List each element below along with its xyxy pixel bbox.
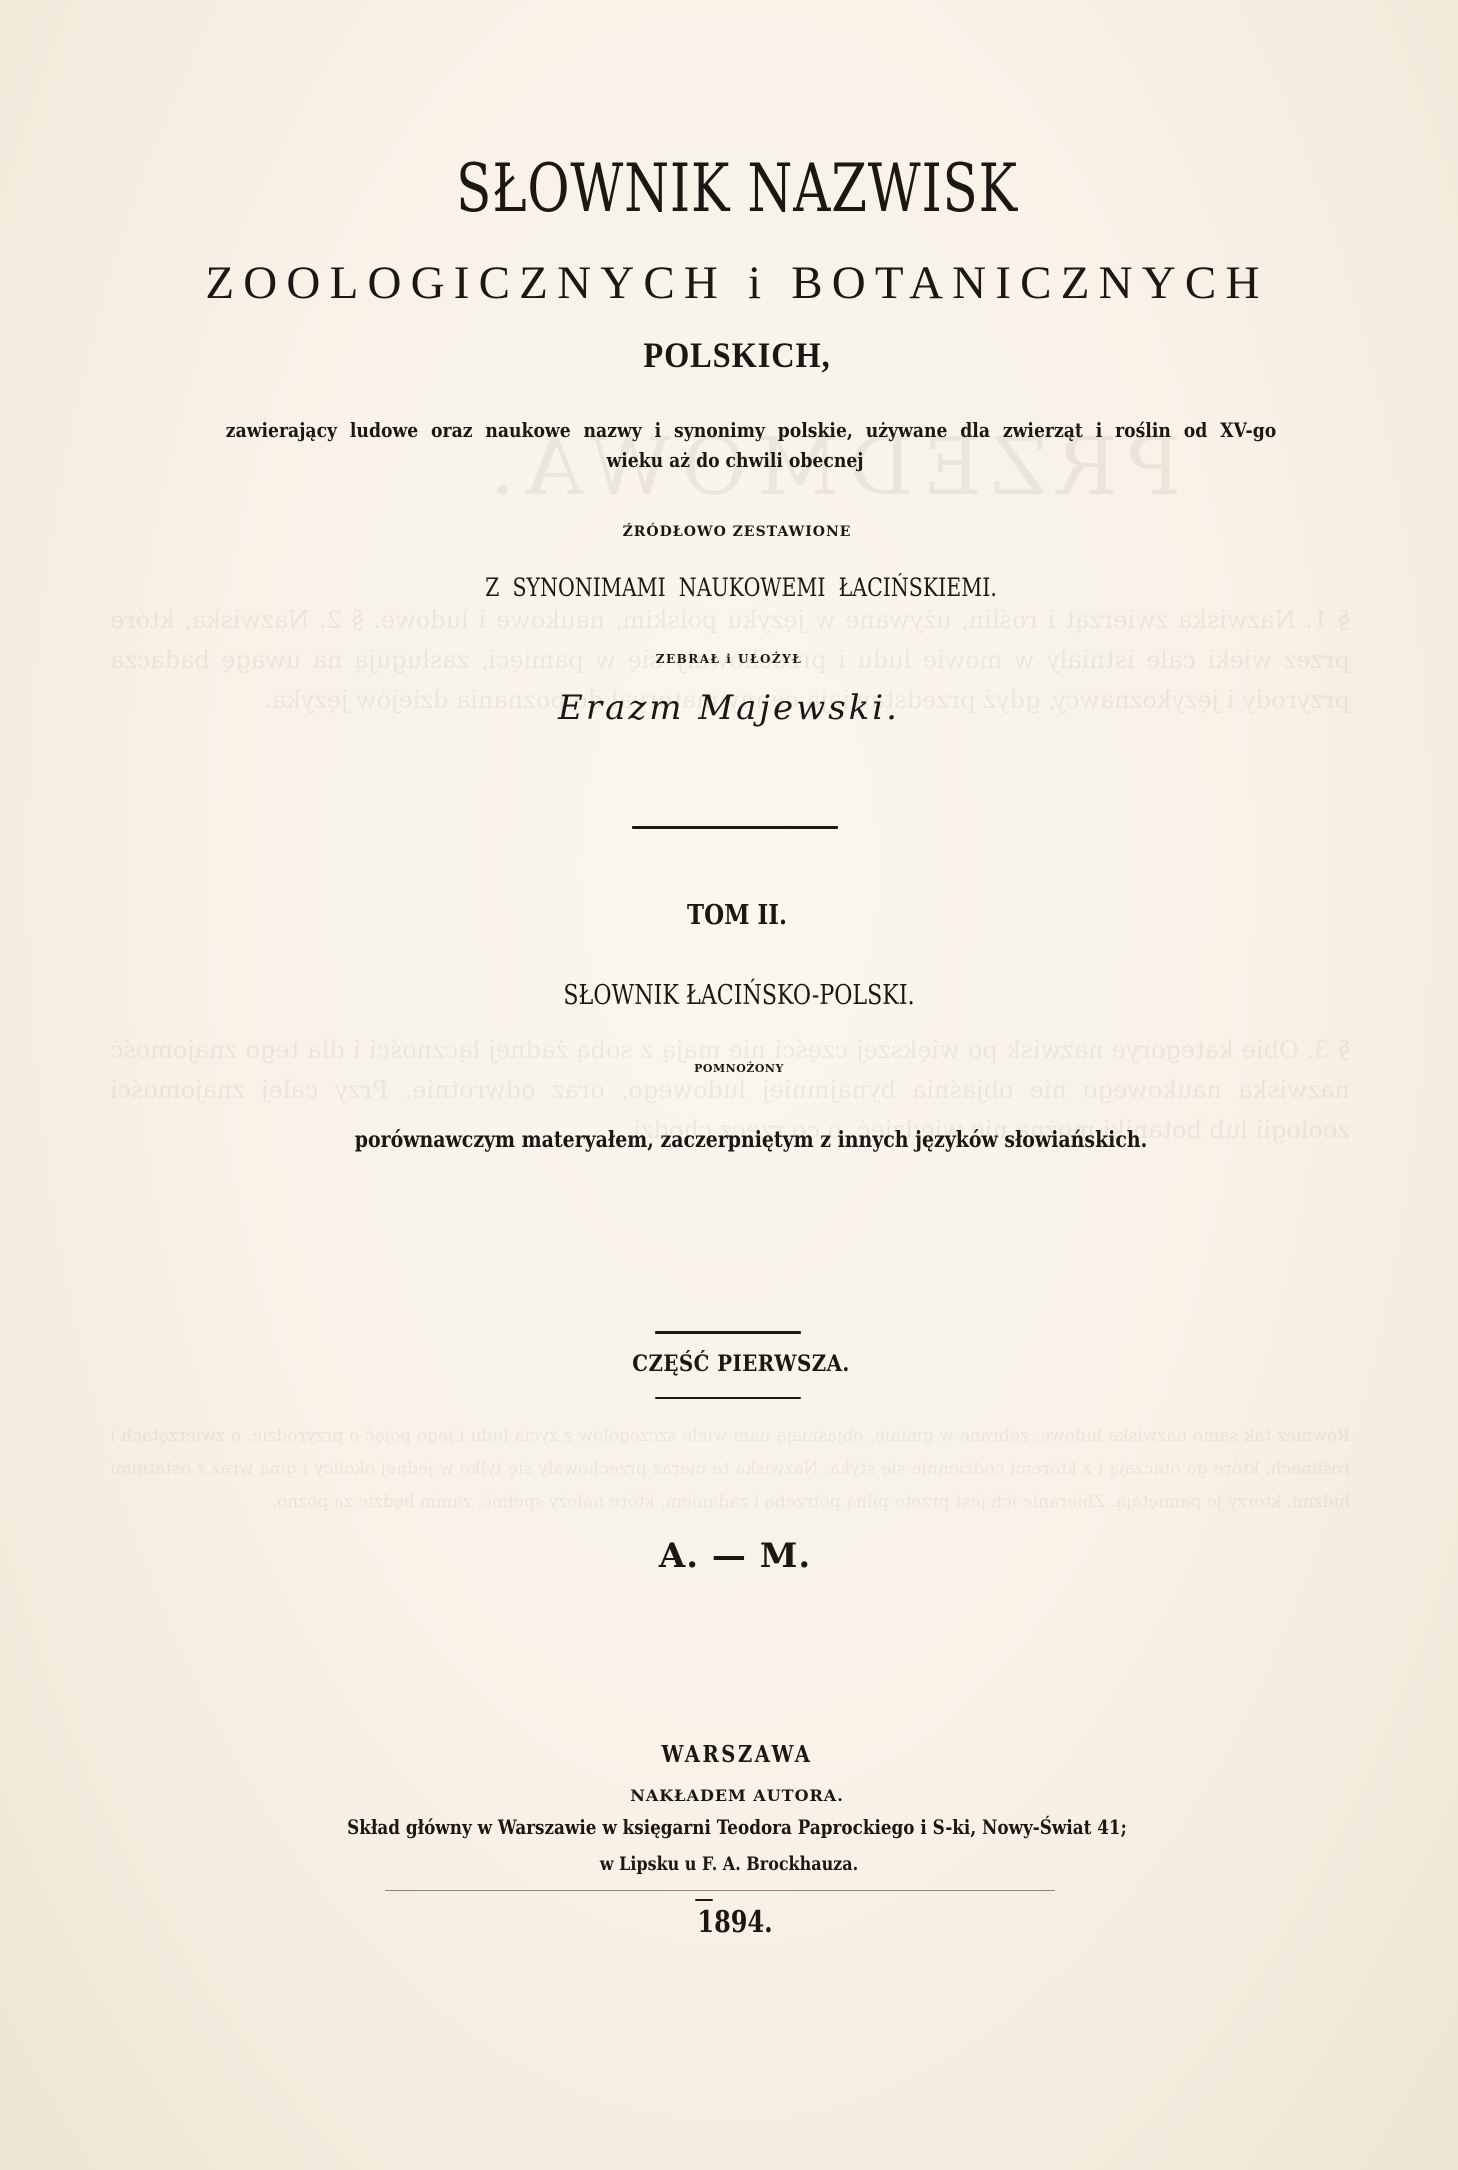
thin-divider-rule	[385, 1890, 1055, 1891]
publication-year: 1894.	[152, 1905, 1318, 1940]
bleed-through-footnotes: Również tak samo nazwiska ludowe, zebran…	[110, 1420, 1350, 1980]
part-range: A. — M.	[6, 1536, 1458, 1576]
subtitle-polskich: POLSKICH,	[81, 334, 1393, 376]
imprint-main-store: Skład główny w Warszawie w księgarni Teo…	[125, 1815, 1350, 1839]
part-label: CZĘŚĆ PIERWSZA.	[85, 1351, 1397, 1377]
bleed-through-text: § 1. Nazwiska zwierząt i roślin, używane…	[110, 600, 1350, 860]
divider-rule	[632, 826, 838, 829]
divider-rule	[655, 1331, 801, 1334]
volume-title: SŁOWNIK ŁACIŃSKO-POLSKI.	[141, 980, 1337, 1011]
imprint-publisher: NAKŁADEM AUTORA.	[8, 1786, 1458, 1805]
volume-number: TOM II.	[117, 900, 1356, 931]
bleed-through-text: § 3. Obie kategorye nazwisk po większej …	[110, 1030, 1350, 1330]
title-page: PRZEDMOWA. § 1. Nazwiska zwierząt i rośl…	[0, 0, 1458, 2170]
divider-rule	[655, 1397, 801, 1399]
author-name: Erazm Majewski.	[0, 688, 1458, 728]
imprint-city: WARSZAWA	[117, 1741, 1356, 1768]
main-title: SŁOWNIK NAZWISK	[168, 150, 1305, 227]
description-line-2: wieku aż do chwili obecnej	[108, 448, 1362, 472]
subtitle: ZOOLOGICZNYCH i BOTANICZNYCH	[8, 256, 1458, 310]
augmented-label: POMNOŻONY	[10, 1062, 1458, 1075]
imprint-leipzig: w Lipsku u F. A. Brockhauza.	[117, 1853, 1342, 1875]
author-label: ZEBRAŁ i UŁOŻYŁ	[0, 652, 1458, 666]
synonyms-line: Z SYNONIMAMI NAUKOWEMI ŁACIŃSKIEMI.	[143, 573, 1339, 602]
description-line-1: zawierający ludowe oraz naukowe nazwy i …	[124, 418, 1378, 442]
compiled-label: ŹRÓDŁOWO ZESTAWIONE	[8, 524, 1458, 540]
short-divider-rule	[695, 1899, 713, 1901]
augmented-text: porównawczym materyałem, zaczerpniętym z…	[124, 1127, 1378, 1153]
